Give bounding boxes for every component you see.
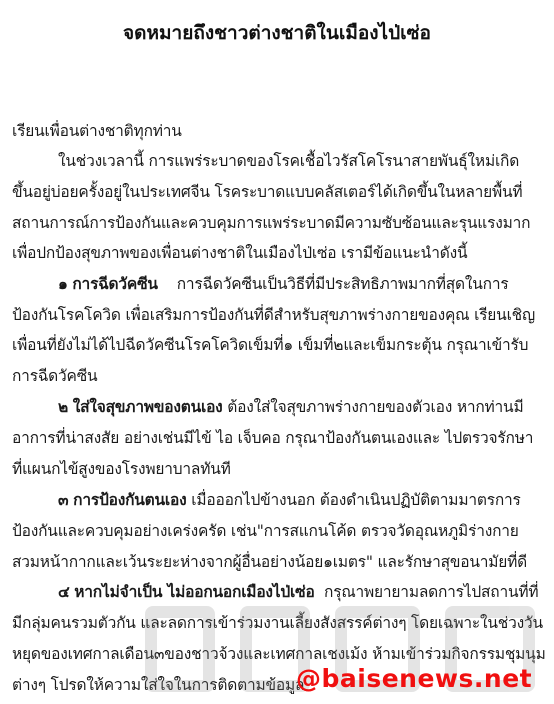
watermark-text: @baisenews.net [296, 664, 532, 693]
item-1-number: ๑ [58, 274, 68, 293]
item-1-text: การฉีดวัคซีนเป็นวิธีที่มีประสิทธิภาพมากท… [177, 275, 509, 293]
item-2-line: ที่แผนกไข้สูงของโรงพยาบาลทันที [12, 459, 231, 479]
letter-title: จดหมายถึงชาวต่างชาติในเมืองไป่เซ่อ [0, 18, 554, 48]
item-1-first-line: ๑ การฉีดวัคซีน การฉีดวัคซีนเป็นวิธีที่มี… [58, 274, 508, 294]
item-4-heading: หากไม่จำเป็น ไม่ออกนอกเมืองไป่เซ่อ [74, 582, 314, 601]
item-1-line: ป้องกันโรคโควิด เพื่อเสริมการป้องกันที่ด… [12, 305, 535, 325]
item-3-text: เมื่อออกไปข้างนอก ต้องดำเนินปฏิบัติตามมา… [191, 491, 520, 509]
item-3-first-line: ๓ การป้องกันตนเอง เมื่อออกไปข้างนอก ต้อง… [58, 490, 521, 510]
intro-line-1: ในช่วงเวลานี้ การแพร่ระบาดของโรคเชื้อไวร… [58, 151, 519, 171]
intro-line-4: เพื่อปกป้องสุขภาพของเพื่อนต่างชาติในเมือ… [12, 243, 467, 263]
item-3-number: ๓ [58, 490, 68, 509]
intro-line-2: ขึ้นอยู่บ่อยครั้งอยู่ในประเทศจีน โรคระบา… [12, 182, 522, 202]
item-3-line: สวมหน้ากากและเว้นระยะห่างจากผู้อื่นอย่าง… [12, 552, 527, 572]
item-4-first-line: ๔ หากไม่จำเป็น ไม่ออกนอกเมืองไป่เซ่อ กรุ… [58, 582, 538, 602]
item-4-line: หยุดของเทศกาลเดือน๓ของชาวจ้วงและเทศกาลเช… [12, 644, 546, 664]
item-1-line: เพื่อนที่ยังไม่ได้ไปฉีดวัคซีนโรคโควิดเข็… [12, 335, 528, 355]
item-2-text: ต้องใส่ใจสุขภาพร่างกายของตัวเอง หากท่านม… [227, 398, 523, 416]
item-2-heading: ใส่ใจสุขภาพของตนเอง [73, 397, 223, 416]
item-4-line: มีกลุ่มคนรวมตัวกัน และลดการเข้าร่วมงานเล… [12, 613, 543, 633]
item-3-line: ป้องกันและควบคุมอย่างเคร่งครัด เช่น"การส… [12, 521, 519, 541]
item-2-first-line: ๒ ใส่ใจสุขภาพของตนเอง ต้องใส่ใจสุขภาพร่า… [58, 397, 523, 417]
item-2-line: อาการที่น่าสงสัย อย่างเช่นมีไข้ ไอ เจ็บค… [12, 428, 533, 448]
item-4-number: ๔ [58, 582, 70, 601]
item-2-number: ๒ [58, 397, 68, 416]
item-1-heading: การฉีดวัคซีน [72, 274, 157, 293]
item-4-text: กรุณาพยายามลดการไปสถานที่ที่ [324, 583, 538, 601]
salutation: เรียนเพื่อนต่างชาติทุกท่าน [12, 121, 182, 141]
item-4-line: ต่างๆ โปรดให้ความใส่ใจในการติดตามข้อมูล [12, 675, 304, 695]
intro-line-3: สถานการณ์การป้องกันและควบคุมการแพร่ระบาด… [12, 213, 530, 233]
item-1-line: การฉีดวัคซีน [12, 366, 97, 386]
item-3-heading: การป้องกันตนเอง [73, 490, 186, 509]
